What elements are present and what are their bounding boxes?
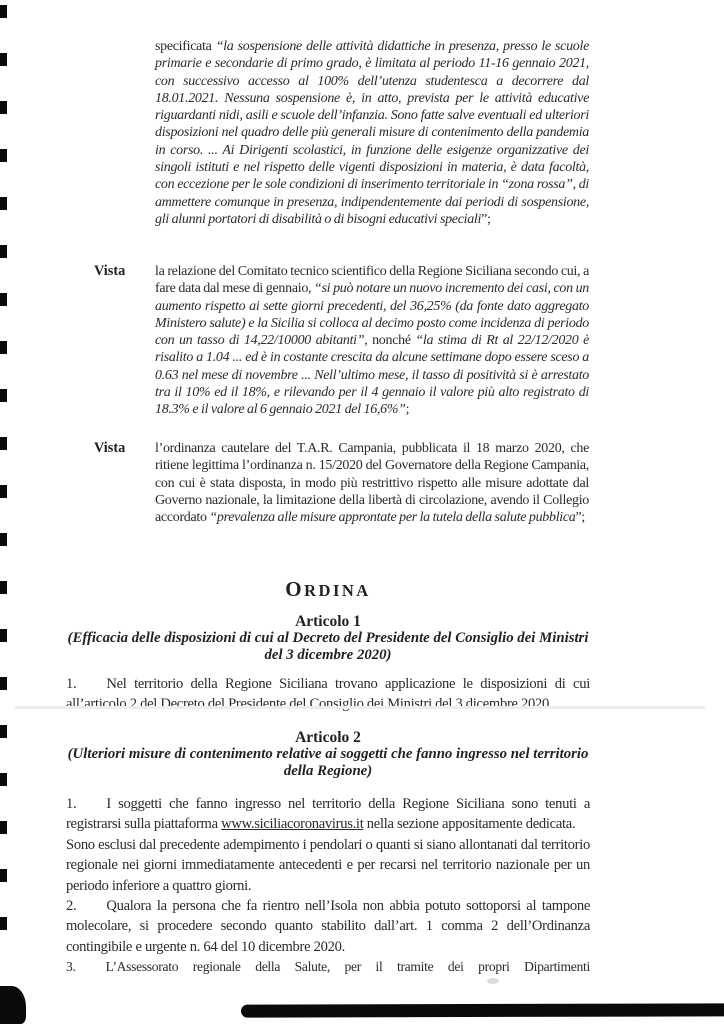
scan-artifact-bottom-bar [241,1003,724,1017]
article-2-subtitle: (Ulteriori misure di contenimento relati… [66,746,590,779]
intro-run-close: ”; [481,212,491,227]
article-1-subtitle-line1: (Efficacia delle disposizioni di cui al … [68,630,589,646]
intro-run-quote: “la sospensione delle attività didattich… [155,39,589,227]
article-2-exemption-text: Sono esclusi dal precedente adempimento … [66,837,590,894]
scan-smudge-artifact [487,978,499,984]
article-1-subtitle-line2: del 3 dicembre 2020) [265,647,392,663]
vista-label-2: Vista [94,440,154,457]
article-1-title: Articolo 1 [66,613,590,631]
article-1-item-number: 1. [66,676,76,692]
vista-paragraph-1: la relazione del Comitato tecnico scient… [155,263,589,419]
article-2-item-1-number: 1. [66,796,76,812]
registration-paragraph: 1.I soggetti che fanno ingresso nel terr… [66,794,590,835]
link-siciliacoronavirus: www.siciliacoronavirus.it [221,816,363,832]
vista2-run1: “prevalenza alle misure approntate per l… [209,510,575,525]
scan-artifact-bottom-left-blob [0,986,26,1024]
scanned-ordinance-page: specificata “la sospensione delle attivi… [0,0,724,1024]
vista-label-1: Vista [94,263,154,280]
molecular-test-paragraph: 2.Qualora la persona che fa rientro nell… [66,896,590,957]
vista-paragraph-2: l’ordinanza cautelare del T.A.R. Campani… [155,440,589,526]
scan-artifact-left-dashes [0,5,7,931]
article-2-title: Articolo 2 [66,729,590,747]
article-2-item-3-text: L’Assessorato regionale della Salute, pe… [106,959,590,974]
article-2-body: 1.I soggetti che fanno ingresso nel terr… [66,794,590,978]
article-2-subtitle-line2: della Regione) [284,763,372,779]
ordina-heading: ORDINA [66,577,590,602]
intro-paragraph: specificata “la sospensione delle attivi… [155,38,589,228]
commuters-exemption-paragraph: Sono esclusi dal precedente adempimento … [66,835,590,896]
vista1-run2: , nonché [364,333,415,348]
health-department-paragraph: 3.L’Assessorato regionale della Salute, … [66,957,590,977]
article-2-subtitle-line1: (Ulteriori misure di contenimento relati… [68,746,589,762]
article-2-item-2-text: Qualora la persona che fa rientro nell’I… [66,898,590,955]
article-2-item-1-text-end: nella sezione appositamente dedicata. [363,816,575,832]
vista2-run2: ”; [576,510,586,525]
article-2-item-3-number: 3. [66,959,76,974]
intro-run-normal: specificata [155,39,216,54]
article-1-subtitle: (Efficacia delle disposizioni di cui al … [66,630,590,663]
article-2-item-2-number: 2. [66,898,76,914]
scan-streak-artifact [14,706,706,709]
vista1-run4: ; [406,402,410,417]
